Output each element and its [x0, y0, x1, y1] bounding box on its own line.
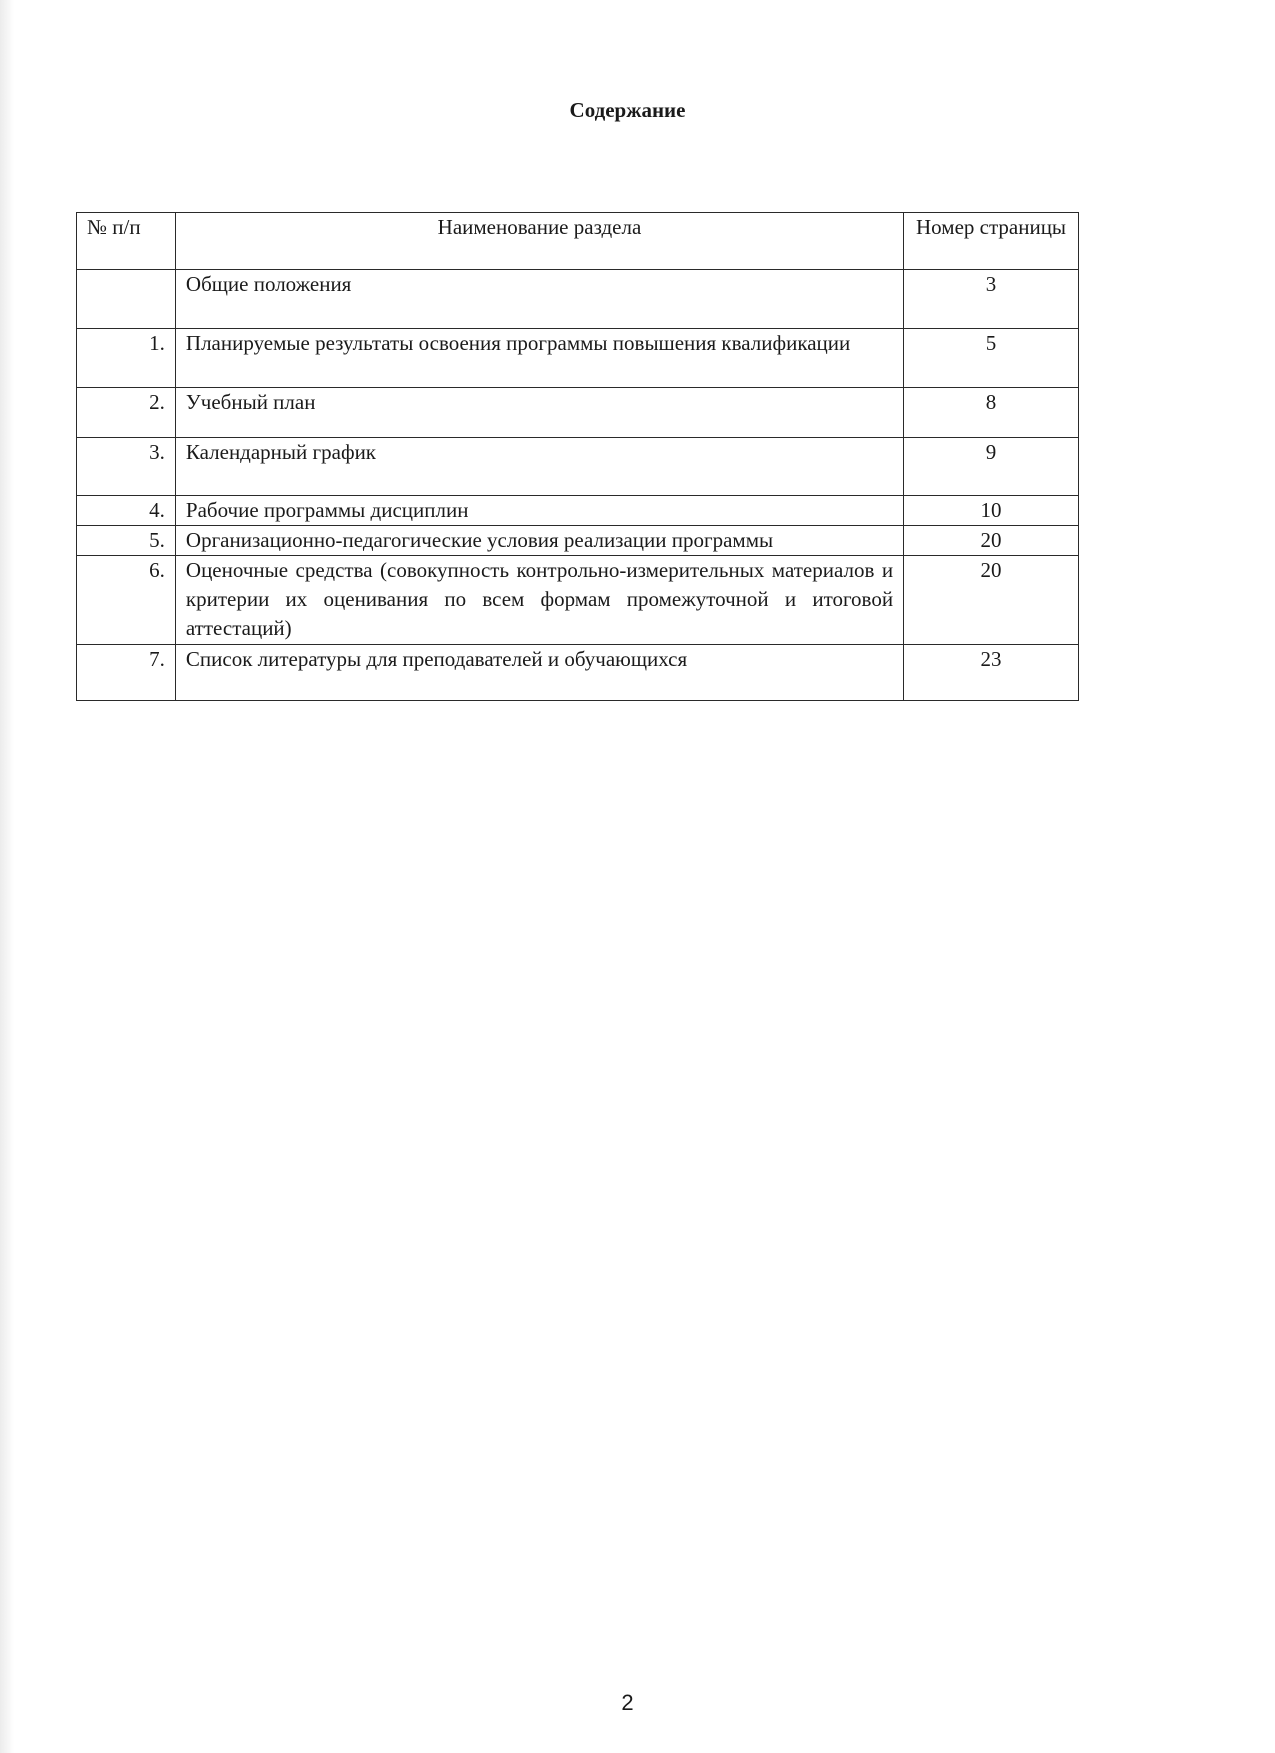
row-page-number: 3 — [904, 270, 1079, 329]
row-number: 1. — [77, 329, 176, 388]
row-number — [77, 270, 176, 329]
row-number: 7. — [77, 645, 176, 701]
table-row: 3. Календарный график 9 — [77, 438, 1079, 496]
row-number: 4. — [77, 496, 176, 526]
row-section-name: Организационно-педагогические условия ре… — [175, 526, 903, 556]
row-section-name: Список литературы для преподавателей и о… — [175, 645, 903, 701]
row-page-number: 23 — [904, 645, 1079, 701]
scan-edge-shadow — [0, 0, 14, 1753]
row-number: 3. — [77, 438, 176, 496]
row-section-name: Общие положения — [175, 270, 903, 329]
header-section-name: Наименование раздела — [175, 213, 903, 270]
header-number: № п/п — [77, 213, 176, 270]
table-row: Общие положения 3 — [77, 270, 1079, 329]
row-section-name: Календарный график — [175, 438, 903, 496]
row-number: 5. — [77, 526, 176, 556]
row-number: 6. — [77, 556, 176, 645]
table-row: 4. Рабочие программы дисциплин 10 — [77, 496, 1079, 526]
page-number: 2 — [0, 1690, 1255, 1716]
header-page-number: Номер страницы — [904, 213, 1079, 270]
row-page-number: 20 — [904, 556, 1079, 645]
row-section-name: Оценочные средства (совокупность контрол… — [175, 556, 903, 645]
table-of-contents: № п/п Наименование раздела Номер страниц… — [76, 212, 1079, 701]
table-row: 2. Учебный план 8 — [77, 388, 1079, 438]
row-page-number: 5 — [904, 329, 1079, 388]
table-header-row: № п/п Наименование раздела Номер страниц… — [77, 213, 1079, 270]
table-row: 1. Планируемые результаты освоения прогр… — [77, 329, 1079, 388]
row-page-number: 10 — [904, 496, 1079, 526]
page-title: Содержание — [0, 98, 1265, 123]
row-page-number: 20 — [904, 526, 1079, 556]
table-row: 6. Оценочные средства (совокупность конт… — [77, 556, 1079, 645]
table-row: 7. Список литературы для преподавателей … — [77, 645, 1079, 701]
row-section-name: Рабочие программы дисциплин — [175, 496, 903, 526]
row-section-name: Учебный план — [175, 388, 903, 438]
row-page-number: 8 — [904, 388, 1079, 438]
row-page-number: 9 — [904, 438, 1079, 496]
table-row: 5. Организационно-педагогические условия… — [77, 526, 1079, 556]
row-number: 2. — [77, 388, 176, 438]
row-section-name: Планируемые результаты освоения программ… — [175, 329, 903, 388]
